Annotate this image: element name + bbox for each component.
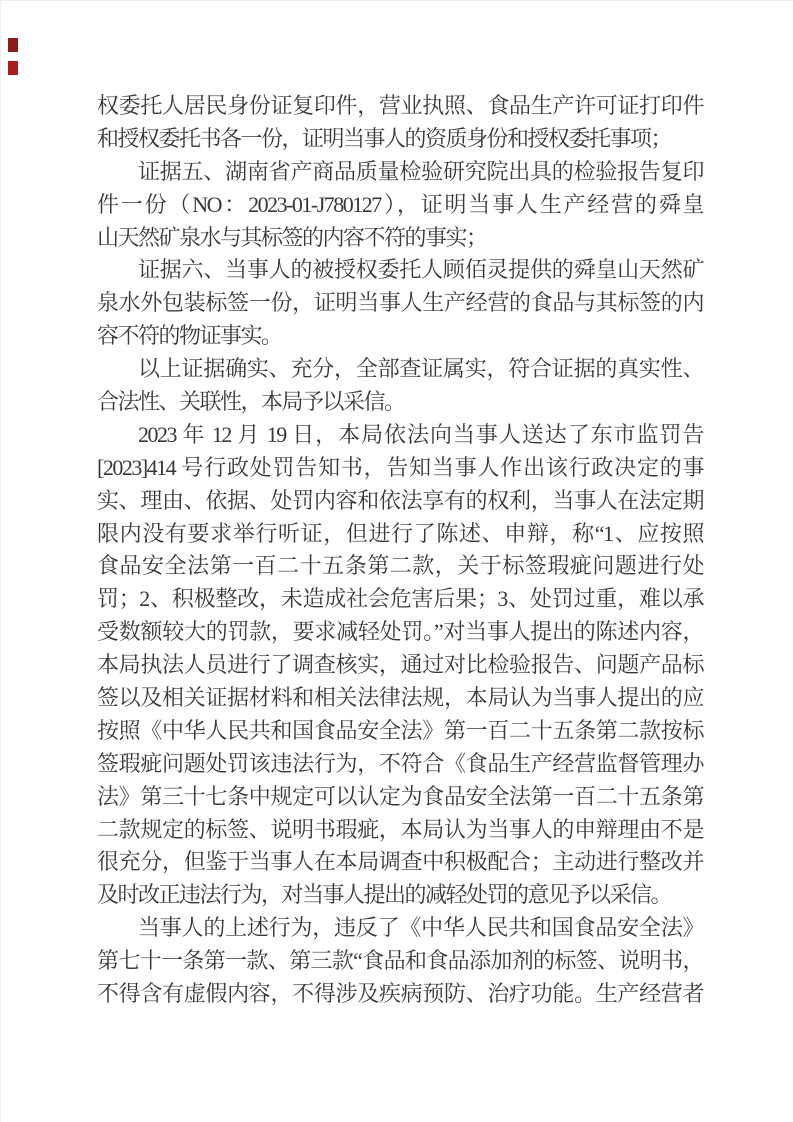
doc-line: 受数额较大的罚款，要求减轻处罚。”对当事人提出的陈述内容， [97,616,703,649]
doc-line: 证据五、湖南省产商品质量检验研究院出具的检验报告复印 [97,156,703,189]
doc-line: 法》第三十七条中规定可以认定为食品安全法第一百二十五条第 [97,781,703,814]
doc-line: 限内没有要求举行听证，但进行了陈述、申辩，称“1、应按照 [97,518,703,551]
doc-line: 签瑕疵问题处罚该违法行为，不符合《食品生产经营监督管理办 [97,748,703,781]
document-page: 权委托人居民身份证复印件，营业执照、食品生产许可证打印件和授权委托书各一份，证明… [0,0,793,1122]
doc-line: 二款规定的标签、说明书瑕疵，本局认为当事人的申辩理由不是 [97,814,703,847]
doc-line: 罚；2、积极整改，未造成社会危害后果；3、处罚过重，难以承 [97,583,703,616]
doc-line: 和授权委托书各一份，证明当事人的资质身份和授权委托事项； [97,123,703,156]
document-body: 权委托人居民身份证复印件，营业执照、食品生产许可证打印件和授权委托书各一份，证明… [97,90,703,1011]
doc-line: 及时改正违法行为，对当事人提出的减轻处罚的意见予以采信。 [97,879,703,912]
doc-line: 权委托人居民身份证复印件，营业执照、食品生产许可证打印件 [97,90,703,123]
doc-line: [2023]414 号行政处罚告知书，告知当事人作出该行政决定的事 [97,452,703,485]
doc-line: 合法性、关联性，本局予以采信。 [97,386,703,419]
doc-line: 实、理由、依据、处罚内容和依法享有的权利，当事人在法定期 [97,485,703,518]
doc-line: 容不符的物证事实。 [97,320,703,353]
doc-line: 签以及相关证据材料和相关法律法规，本局认为当事人提出的应 [97,682,703,715]
doc-line: 第七十一条第一款、第三款“食品和食品添加剂的标签、说明书， [97,945,703,978]
doc-line: 泉水外包装标签一份，证明当事人生产经营的食品与其标签的内 [97,287,703,320]
doc-line: 按照《中华人民共和国食品安全法》第一百二十五条第二款按标 [97,715,703,748]
doc-line: 件一份（NO：2023-01-J780127），证明当事人生产经营的舜皇 [97,189,703,222]
doc-line: 证据六、当事人的被授权委托人顾佰灵提供的舜皇山天然矿 [97,254,703,287]
doc-line: 不得含有虚假内容，不得涉及疾病预防、治疗功能。生产经营者 [97,978,703,1011]
red-edge-mark-bottom [8,61,18,75]
doc-line: 以上证据确实、充分，全部查证属实，符合证据的真实性、 [97,353,703,386]
red-edge-mark-top [8,38,18,52]
doc-line: 当事人的上述行为，违反了《中华人民共和国食品安全法》 [97,912,703,945]
doc-line: 2023 年 12 月 19 日，本局依法向当事人送达了东市监罚告 [97,419,703,452]
doc-line: 本局执法人员进行了调查核实，通过对比检验报告、问题产品标 [97,649,703,682]
doc-line: 很充分，但鉴于当事人在本局调查中积极配合；主动进行整改并 [97,846,703,879]
doc-line: 山天然矿泉水与其标签的内容不符的事实； [97,222,703,255]
doc-line: 食品安全法第一百二十五条第二款，关于标签瑕疵问题进行处 [97,550,703,583]
